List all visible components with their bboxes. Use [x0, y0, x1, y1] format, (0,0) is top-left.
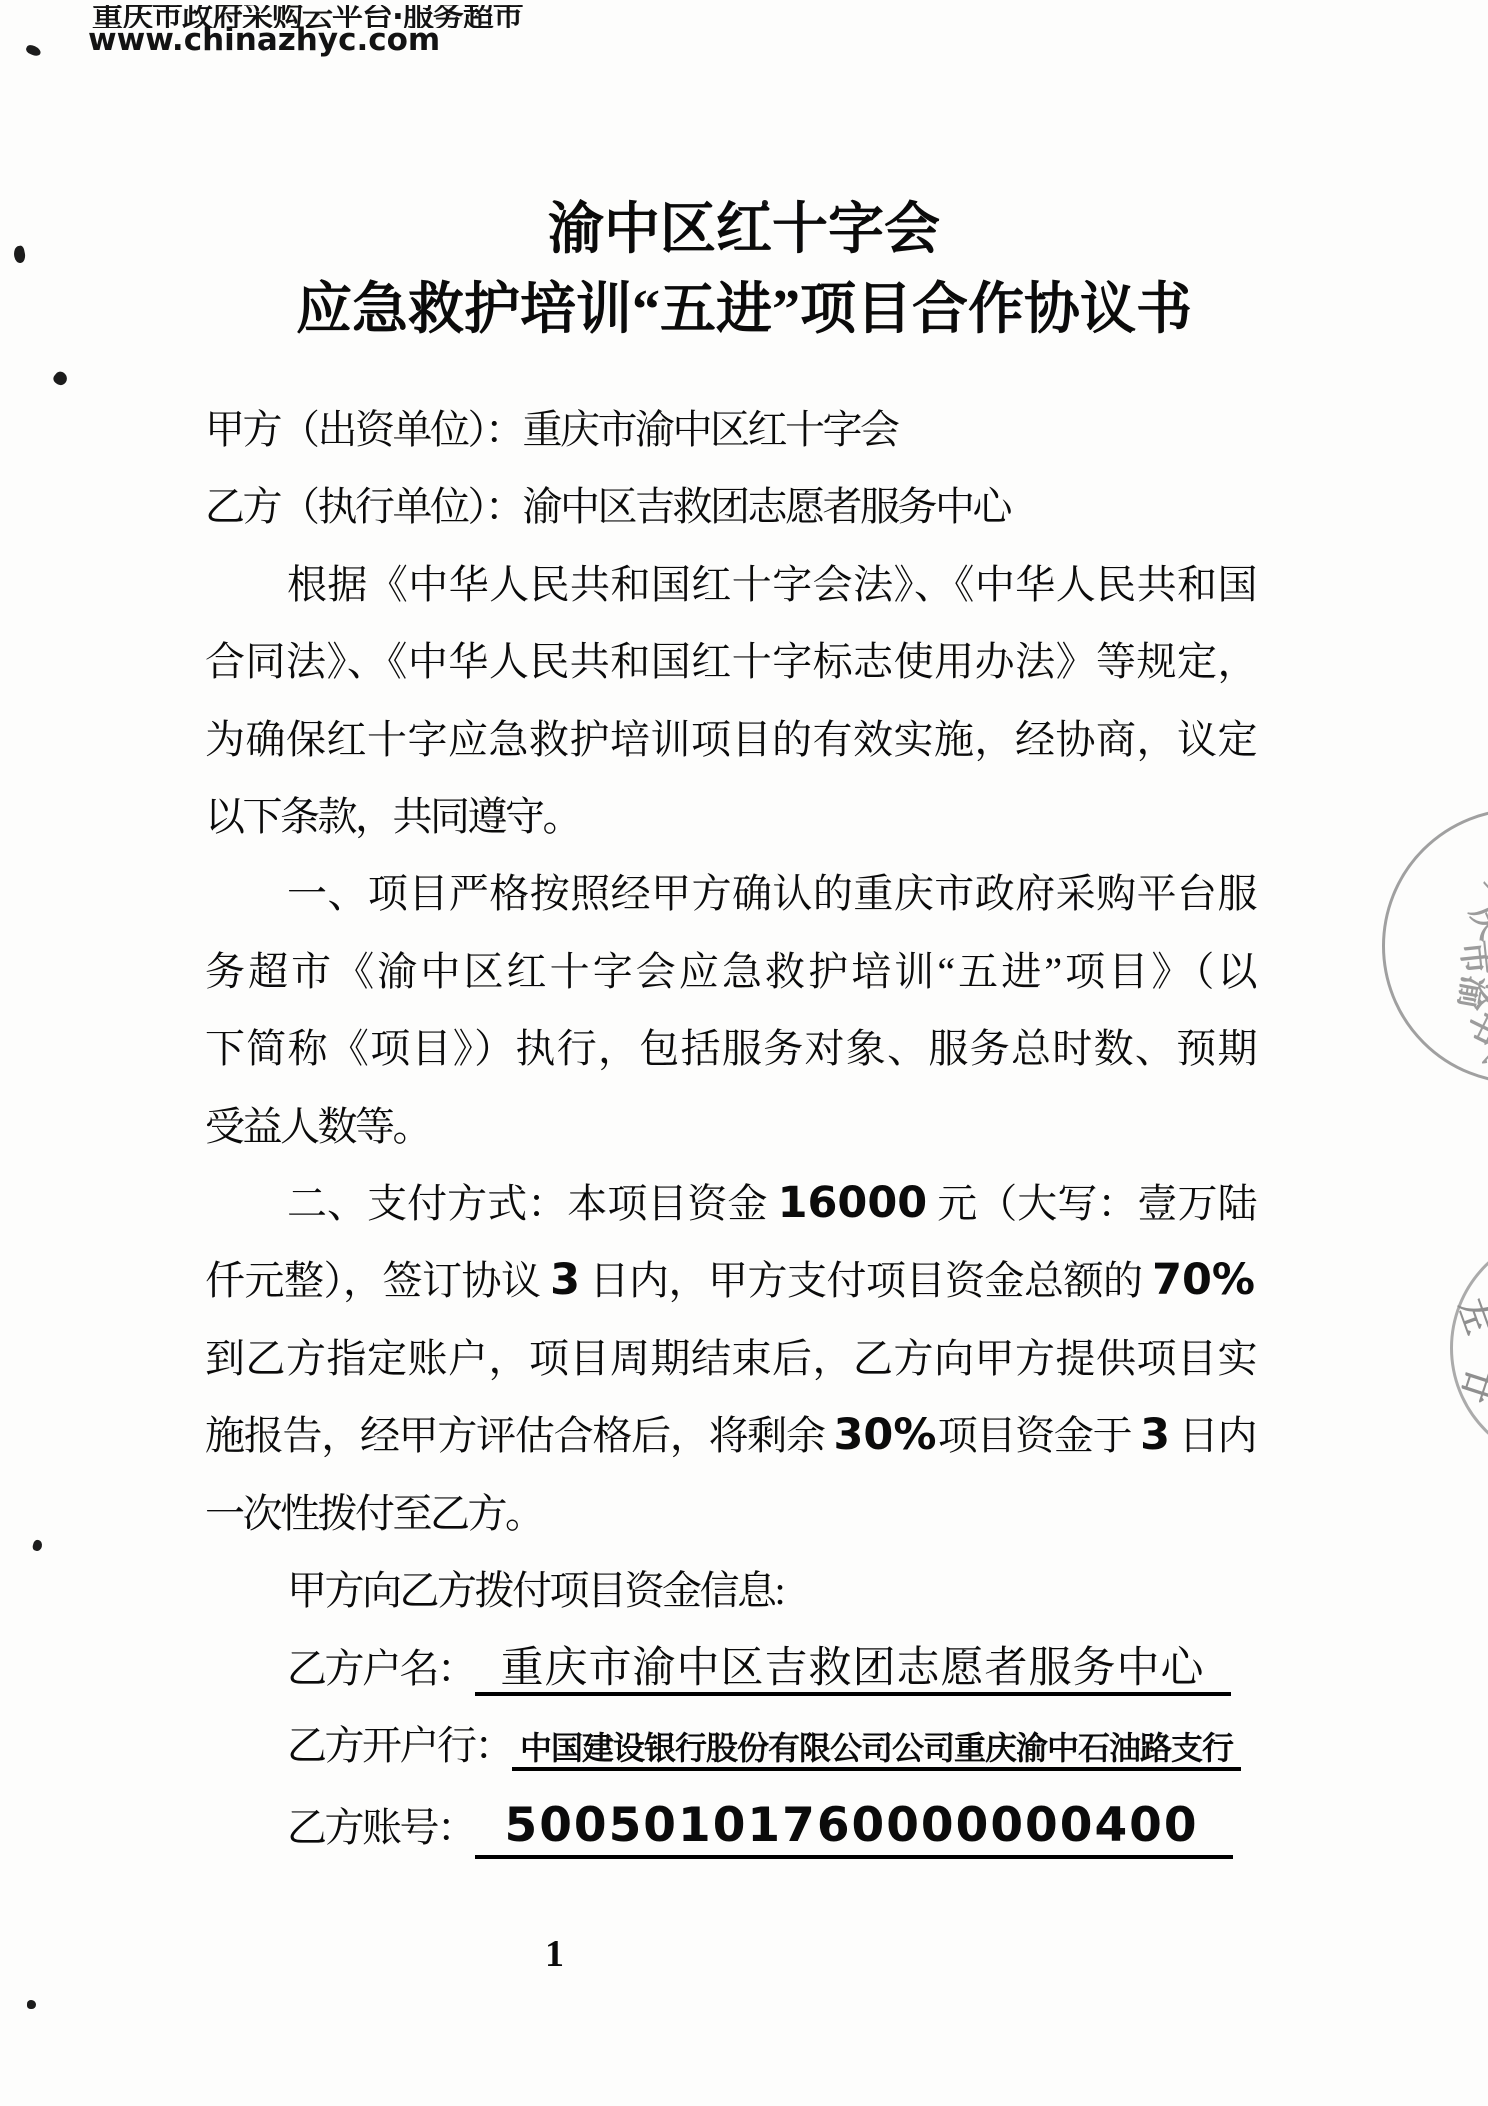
payment-info-heading: 甲方向乙方拨付项目资金信息: [205, 1552, 1255, 1629]
stamp-char: 左 [1449, 1291, 1488, 1340]
clause-2-line-1: 二、支付方式：本项目资金 16000 元（大写：壹万陆 [205, 1165, 1255, 1242]
clause-2-line-5: 一次性拨付至乙方。 [205, 1475, 1255, 1552]
bank-branch-label: 乙方开户行： [287, 1723, 512, 1768]
preamble-text-3: 为确保红十字应急救护培训项目的有效实施，经协商，议定 [205, 717, 1255, 762]
scan-noise-speck [51, 369, 69, 387]
preamble-line-1: 根据《中华人民共和国红十字会法》、《中华人民共和国 [205, 546, 1255, 623]
account-name-value: 重庆市渝中区吉救团志愿者服务中心 [475, 1645, 1231, 1696]
percent-final-payment: 30% [834, 1410, 937, 1460]
clause-2-text-4b: 项目资金于 [936, 1413, 1140, 1458]
clause-2-line-2: 仟元整），签订协议 3 日内，甲方支付项目资金总额的 70% [205, 1242, 1255, 1319]
clause-2-text-1a: 二、支付方式：本项目资金 [287, 1181, 778, 1226]
account-name-label: 乙方户名： [287, 1646, 475, 1691]
site-url-text: www.chinazhyc.com [88, 22, 440, 58]
clause-2-line-4: 施报告，经甲方评估合格后，将剩余 30%项目资金于 3 日内 [205, 1397, 1255, 1474]
clause-1-line-1: 一、项目严格按照经甲方确认的重庆市政府采购平台服 [205, 855, 1255, 932]
stamp-char: 廿 [1451, 1362, 1488, 1409]
party-a-text: 甲方（出资单位）：重庆市渝中区红十字会 [205, 407, 898, 452]
preamble-text-4: 以下条款，共同遵守。 [205, 794, 580, 839]
scan-noise-speck [27, 2000, 36, 2009]
clause-2-text-5: 一次性拨付至乙方。 [205, 1491, 543, 1536]
clause-1-text-2: 务超市《渝中区红十字会应急救护培训“五进”项目》（以 [205, 949, 1255, 994]
round-seal-stamp-fragment: 重 庆 市 渝 中 区 [1382, 808, 1488, 1084]
clause-2-text-1b: 元（大写：壹万陆 [927, 1181, 1255, 1226]
clause-2-text-3: 到乙方指定账户，项目周期结束后，乙方向甲方提供项目实 [205, 1336, 1255, 1381]
clause-2-text-2a: 仟元整），签订协议 [205, 1258, 550, 1303]
account-number-label: 乙方账号： [287, 1805, 475, 1850]
bank-branch-row: 乙方开户行：中国建设银行股份有限公司公司重庆渝中石油路支行 [205, 1707, 1255, 1787]
clause-1-text-1: 一、项目严格按照经甲方确认的重庆市政府采购平台服 [287, 871, 1255, 916]
clause-1-line-3: 下简称《项目》）执行，包括服务对象、服务总时数、预期 [205, 1010, 1255, 1087]
scan-noise-speck [32, 1539, 44, 1552]
page-number: 1 [545, 1932, 564, 1976]
account-number-row: 乙方账号：50050101760000000400 [205, 1787, 1255, 1866]
days-first-payment: 3 [550, 1255, 580, 1305]
scan-noise-speck [25, 43, 42, 57]
amount-total: 16000 [778, 1178, 928, 1228]
clause-2-text-2b: 日内，甲方支付项目资金总额的 [580, 1258, 1152, 1303]
clause-1-text-3: 下简称《项目》）执行，包括服务对象、服务总时数、预期 [205, 1026, 1255, 1071]
account-name-row: 乙方户名：重庆市渝中区吉救团志愿者服务中心 [205, 1630, 1255, 1707]
document-title: 渝中区红十字会 应急救护培训“五进”项目合作协议书 [0, 190, 1488, 350]
round-seal-stamp-fragment-2: 左 廿 [1450, 1230, 1488, 1466]
preamble-line-3: 为确保红十字应急救护培训项目的有效实施，经协商，议定 [205, 701, 1255, 778]
party-b-text: 乙方（执行单位）：渝中区吉救团志愿者服务中心 [205, 484, 1010, 529]
clause-2-text-4a: 施报告，经甲方评估合格后，将剩余 [205, 1413, 834, 1458]
clause-1-text-4: 受益人数等。 [205, 1104, 430, 1149]
clause-1-line-4: 受益人数等。 [205, 1088, 1255, 1165]
party-a-line: 甲方（出资单位）：重庆市渝中区红十字会 [205, 391, 1255, 468]
preamble-line-4: 以下条款，共同遵守。 [205, 778, 1255, 855]
stamp-char: 庆 [1461, 895, 1488, 946]
document-title-line2: 应急救护培训“五进”项目合作协议书 [0, 270, 1488, 350]
preamble-text-2: 合同法》、《中华人民共和国红十字标志使用办法》等规定， [205, 639, 1255, 684]
party-b-line: 乙方（执行单位）：渝中区吉救团志愿者服务中心 [205, 468, 1255, 545]
document-title-line1: 渝中区红十字会 [0, 190, 1488, 270]
clause-2-line-3: 到乙方指定账户，项目周期结束后，乙方向甲方提供项目实 [205, 1320, 1255, 1397]
preamble-text-1: 根据《中华人民共和国红十字会法》、《中华人民共和国 [287, 562, 1255, 607]
scanned-document-page: 重庆市政府采购云平台·服务超市 www.chinazhyc.com 渝中区红十字… [0, 0, 1488, 2106]
clause-2-text-4c: 日内 [1170, 1413, 1255, 1458]
account-number-value: 50050101760000000400 [475, 1798, 1233, 1859]
clause-1-line-2: 务超市《渝中区红十字会应急救护培训“五进”项目》（以 [205, 933, 1255, 1010]
bank-branch-value: 中国建设银行股份有限公司公司重庆渝中石油路支行 [512, 1729, 1241, 1771]
days-final-payment: 3 [1140, 1410, 1170, 1460]
payment-info-heading-text: 甲方向乙方拨付项目资金信息: [287, 1568, 783, 1613]
preamble-line-2: 合同法》、《中华人民共和国红十字标志使用办法》等规定， [205, 623, 1255, 700]
document-body: 甲方（出资单位）：重庆市渝中区红十字会 乙方（执行单位）：渝中区吉救团志愿者服务… [205, 391, 1255, 1867]
stamp-char: 市 [1452, 938, 1488, 977]
percent-first-payment: 70% [1152, 1255, 1255, 1305]
